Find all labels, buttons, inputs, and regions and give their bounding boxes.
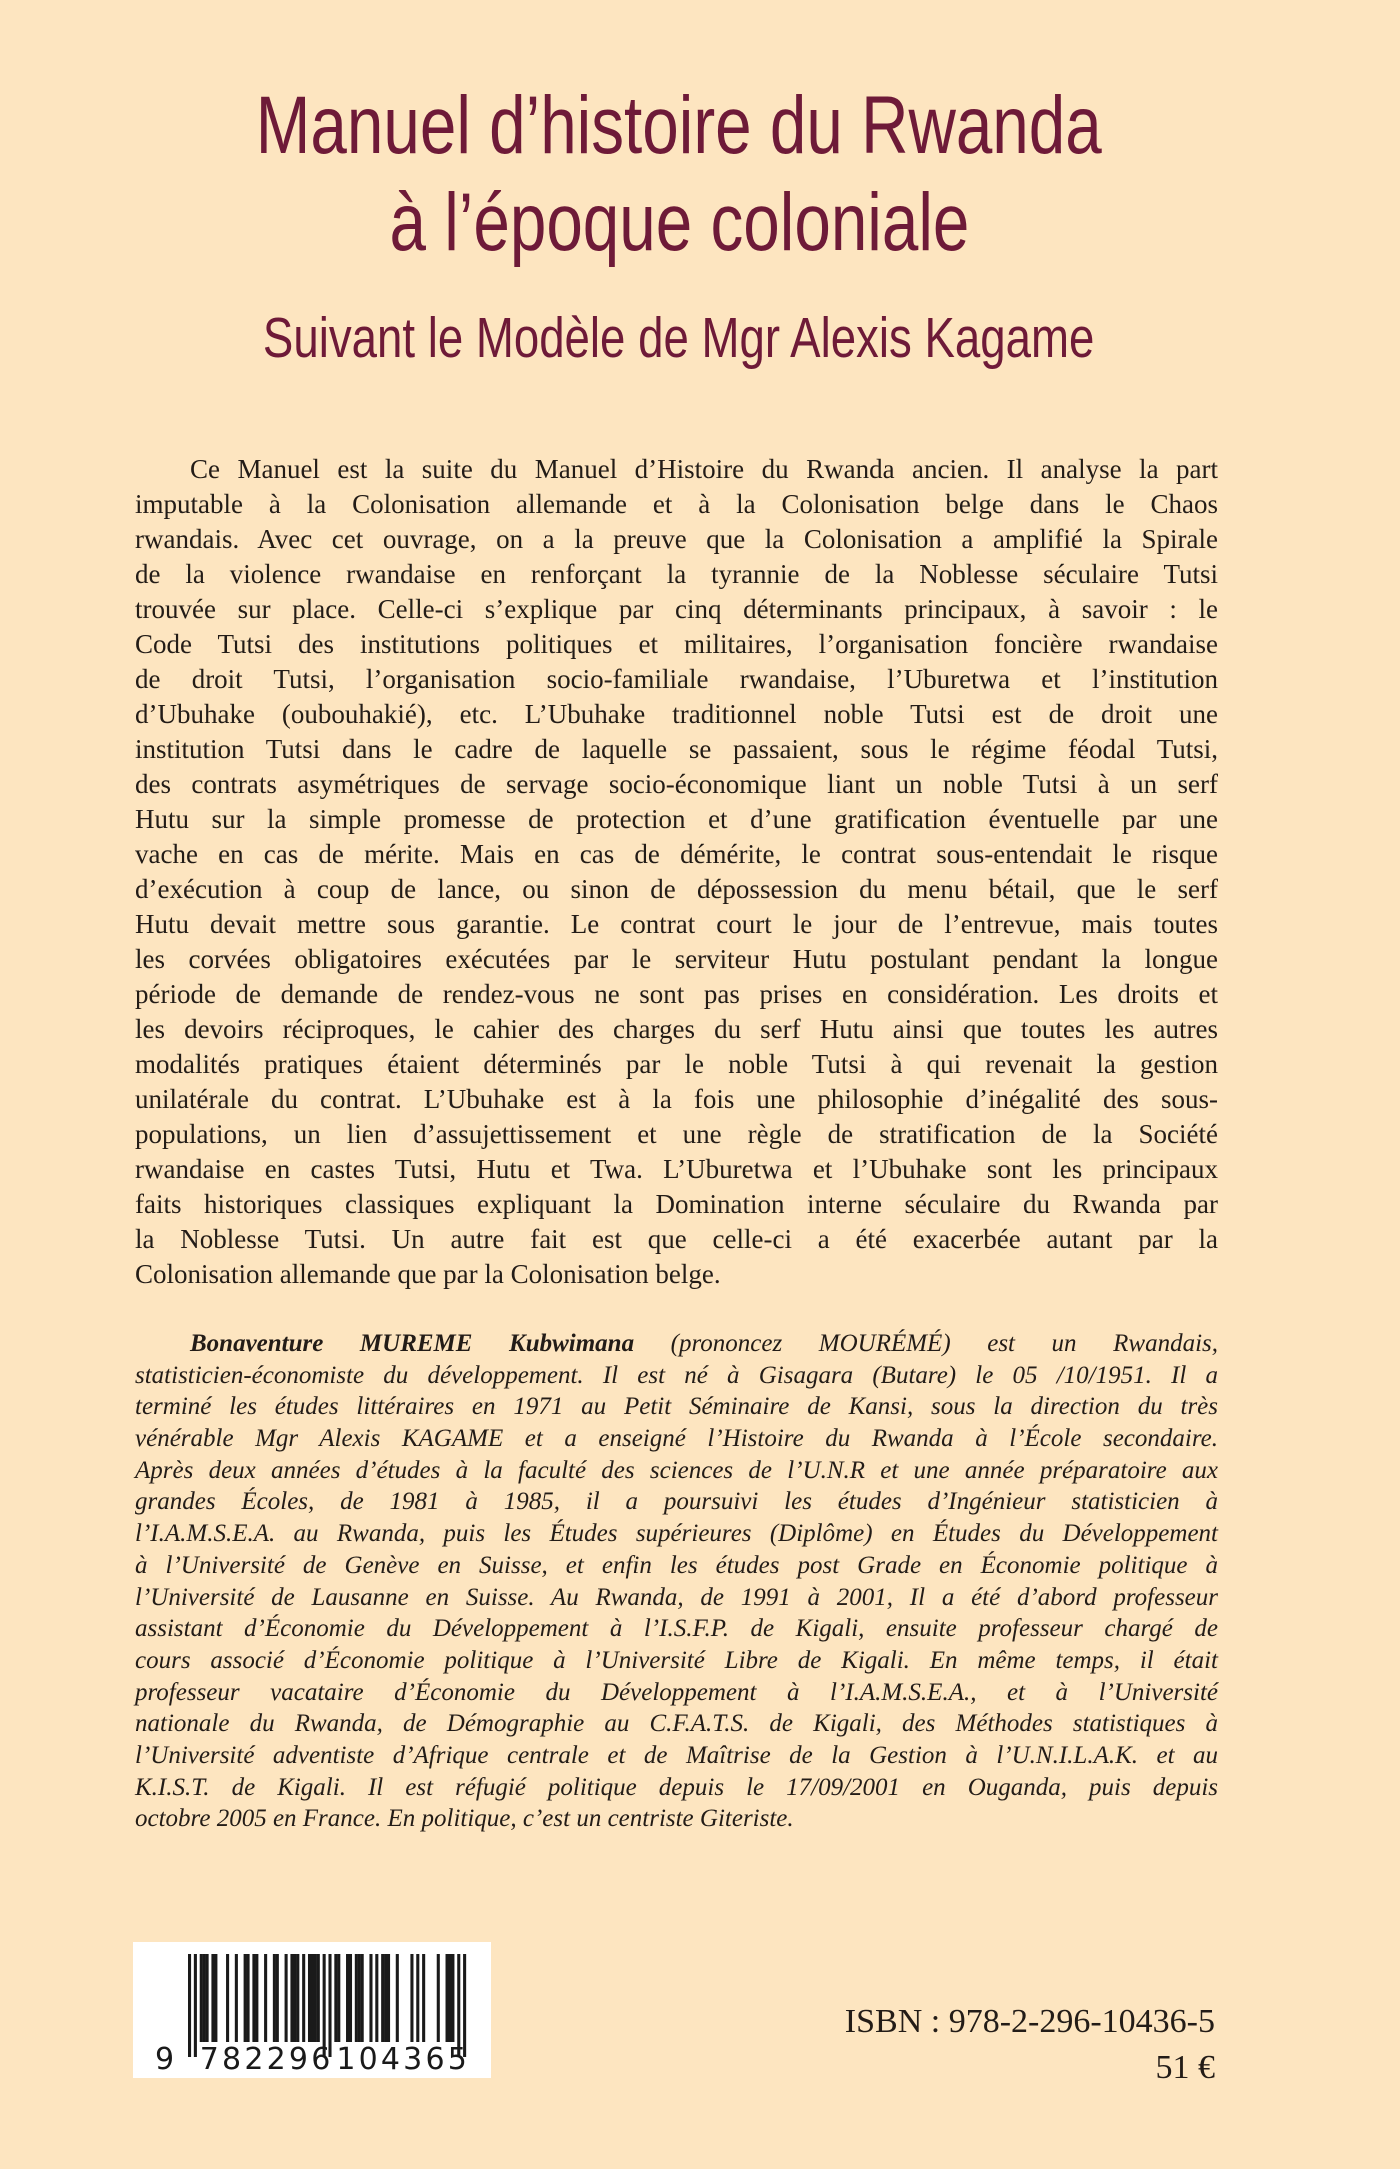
- blurb-line: Colonisation allemande que par la Coloni…: [135, 1257, 1218, 1292]
- bio-line: grandes Écoles, de 1981 à 1985, il a pou…: [135, 1486, 1218, 1518]
- book-subtitle-text: Suivant le Modèle de Mgr Alexis Kagame: [263, 310, 1094, 367]
- price: 51 €: [1156, 2051, 1216, 2085]
- bio-line: assistant d’Économie du Développement à …: [135, 1613, 1218, 1645]
- bio-line: nationale du Rwanda, de Démographie au C…: [135, 1708, 1218, 1740]
- blurb-line: d’Ubuhake (oubouhakié), etc. L’Ubuhake t…: [135, 697, 1218, 732]
- author-bio-paragraph: Bonaventure MUREME Kubwimana (prononcez …: [135, 1328, 1218, 1835]
- bio-line: à l’Université de Genève en Suisse, et e…: [135, 1550, 1218, 1582]
- blurb-line: Hutu sur la simple promesse de protectio…: [135, 802, 1218, 837]
- bio-line: vénérable Mgr Alexis KAGAME et a enseign…: [135, 1423, 1218, 1455]
- svg-text:9: 9: [155, 2042, 174, 2077]
- blurb-line: unilatérale du contrat. L’Ubuhake est à …: [135, 1082, 1218, 1117]
- blurb-line: faits historiques classiques expliquant …: [135, 1187, 1218, 1222]
- blurb-line: populations, un lien d’assujettissement …: [135, 1117, 1218, 1152]
- book-title-line-2: à l’époque coloniale: [0, 182, 1358, 264]
- blurb-line: de droit Tutsi, l’organisation socio-fam…: [135, 662, 1218, 697]
- bio-line: terminé les études littéraires en 1971 a…: [135, 1391, 1218, 1423]
- bio-line: l’Université de Lausanne en Suisse. Au R…: [135, 1582, 1218, 1614]
- bio-line: Après deux années d’études à la faculté …: [135, 1455, 1218, 1487]
- blurb-line: modalités pratiques étaient déterminés p…: [135, 1047, 1218, 1082]
- blurb-line: Code Tutsi des institutions politiques e…: [135, 627, 1218, 662]
- bio-line: l’I.A.M.S.E.A. au Rwanda, puis les Étude…: [135, 1518, 1218, 1550]
- blurb-line: les corvées obligatoires exécutées par l…: [135, 942, 1218, 977]
- author-name: Bonaventure MUREME Kubwimana: [190, 1330, 634, 1357]
- bio-line: octobre 2005 en France. En politique, c’…: [135, 1803, 1218, 1835]
- ean13-barcode: 9782296104365: [133, 1942, 491, 2078]
- bio-line: l’Université adventiste d’Afrique centra…: [135, 1740, 1218, 1772]
- bio-line: cours associé d’Économie politique à l’U…: [135, 1645, 1218, 1677]
- bio-line: K.I.S.T. de Kigali. Il est réfugié polit…: [135, 1772, 1218, 1804]
- bio-line: statisticien-économiste du développement…: [135, 1360, 1218, 1392]
- book-title-line-2-text: à l’époque coloniale: [389, 182, 969, 264]
- bio-first-line-text: (prononcez MOURÉMÉ) est un Rwandais,: [634, 1330, 1218, 1357]
- blurb-line: de la violence rwandaise en renforçant l…: [135, 557, 1218, 592]
- blurb-line: rwandaise en castes Tutsi, Hutu et Twa. …: [135, 1152, 1218, 1187]
- book-title-line-1: Manuel d’histoire du Rwanda: [0, 85, 1358, 167]
- blurb-line: Hutu devait mettre sous garantie. Le con…: [135, 907, 1218, 942]
- barcode-bars-icon: 9782296104365: [133, 1942, 491, 2078]
- bio-line: Bonaventure MUREME Kubwimana (prononcez …: [135, 1328, 1218, 1360]
- blurb-line: les devoirs réciproques, le cahier des c…: [135, 1012, 1218, 1047]
- blurb-line: des contrats asymétriques de servage soc…: [135, 767, 1218, 802]
- blurb-paragraph: Ce Manuel est la suite du Manuel d’Histo…: [135, 452, 1218, 1292]
- isbn-number: ISBN : 978-2-296-10436-5: [845, 2005, 1215, 2039]
- book-title-line-1-text: Manuel d’histoire du Rwanda: [256, 85, 1102, 167]
- blurb-line: période de demande de rendez-vous ne son…: [135, 977, 1218, 1012]
- blurb-line: Ce Manuel est la suite du Manuel d’Histo…: [135, 452, 1218, 487]
- bio-line: professeur vacataire d’Économie du Dével…: [135, 1677, 1218, 1709]
- svg-text:782296: 782296: [200, 2042, 334, 2077]
- blurb-line: rwandais. Avec cet ouvrage, on a la preu…: [135, 522, 1218, 557]
- blurb-line: trouvée sur place. Celle-ci s’explique p…: [135, 592, 1218, 627]
- blurb-line: vache en cas de mérite. Mais en cas de d…: [135, 837, 1218, 872]
- blurb-line: imputable à la Colonisation allemande et…: [135, 487, 1218, 522]
- book-subtitle: Suivant le Modèle de Mgr Alexis Kagame: [0, 310, 1358, 367]
- blurb-line: institution Tutsi dans le cadre de laque…: [135, 732, 1218, 767]
- blurb-line: d’exécution à coup de lance, ou sinon de…: [135, 872, 1218, 907]
- book-back-cover: Manuel d’histoire du Rwanda à l’époque c…: [0, 0, 1400, 2169]
- svg-text:104365: 104365: [336, 2042, 470, 2077]
- blurb-line: la Noblesse Tutsi. Un autre fait est que…: [135, 1222, 1218, 1257]
